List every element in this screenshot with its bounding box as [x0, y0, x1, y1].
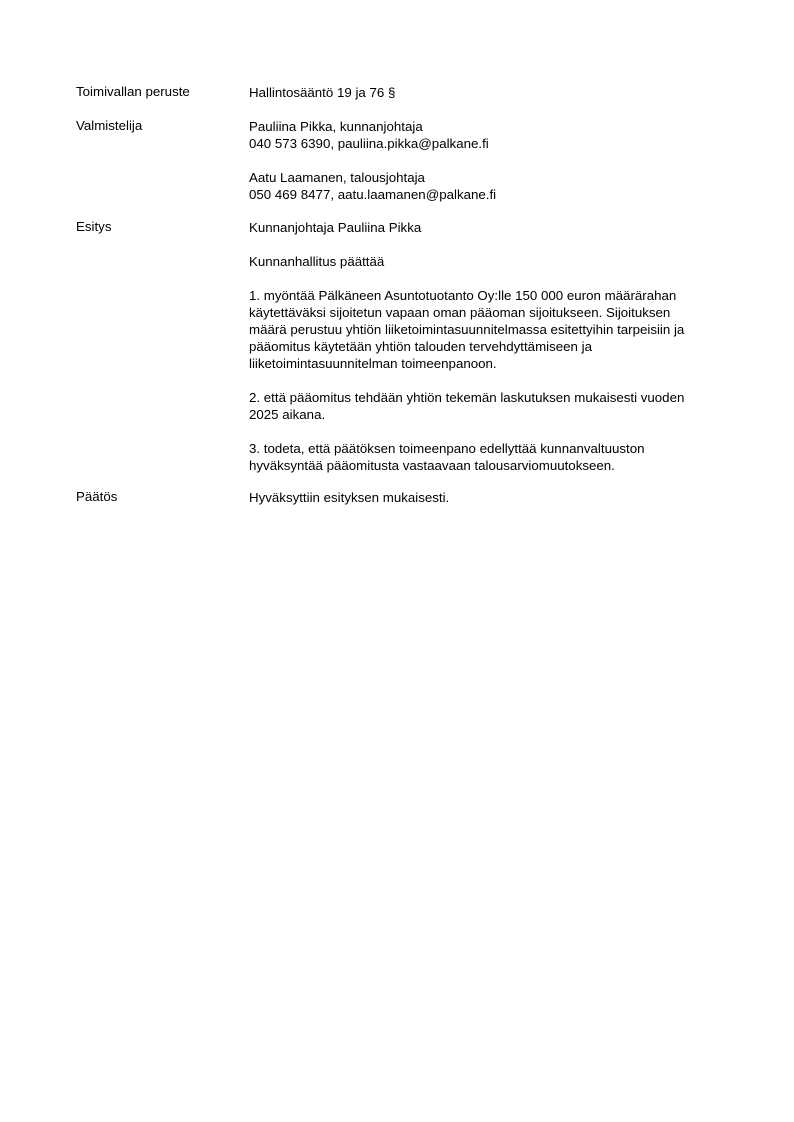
- section-label: Toimivallan peruste: [76, 84, 190, 99]
- text-line: pääomitus käytetään yhtiön talouden terv…: [249, 338, 736, 355]
- text-line: käytettäväksi sijoitetun vapaan oman pää…: [249, 304, 736, 321]
- proposal-item-1: 1. myöntää Pälkäneen Asuntotuotanto Oy:l…: [249, 287, 736, 372]
- presenter: Kunnanjohtaja Pauliina Pikka: [249, 219, 736, 236]
- section-label: Päätös: [76, 489, 117, 504]
- text-line: määrä perustuu yhtiön liiketoimintasuunn…: [249, 321, 736, 338]
- section-label: Esitys: [76, 219, 111, 234]
- preparer-name: Aatu Laamanen, talousjohtaja: [249, 169, 736, 186]
- proposal-item-3: 3. todeta, että päätöksen toimeenpano ed…: [249, 440, 736, 474]
- authority-text: Hallintosääntö 19 ja 76 §: [249, 84, 736, 101]
- preparer-contact: 050 469 8477, aatu.laamanen@palkane.fi: [249, 186, 736, 203]
- text-line: 3. todeta, että päätöksen toimeenpano ed…: [249, 440, 736, 457]
- text-line: 2. että pääomitus tehdään yhtiön tekemän…: [249, 389, 736, 406]
- preparer-contact: 040 573 6390, pauliina.pikka@palkane.fi: [249, 135, 736, 152]
- text-line: liiketoimintasuunnitelman toimeenpanoon.: [249, 355, 736, 372]
- text-line: 1. myöntää Pälkäneen Asuntotuotanto Oy:l…: [249, 287, 736, 304]
- text-line: 2025 aikana.: [249, 406, 736, 423]
- proposal-intro: Kunnanhallitus päättää: [249, 253, 736, 270]
- section-label: Valmistelija: [76, 118, 142, 133]
- proposal-item-2: 2. että pääomitus tehdään yhtiön tekemän…: [249, 389, 736, 423]
- preparer-name: Pauliina Pikka, kunnanjohtaja: [249, 118, 736, 135]
- text-line: hyväksyntää pääomitusta vastaavaan talou…: [249, 457, 736, 474]
- decision-text: Hyväksyttiin esityksen mukaisesti.: [249, 489, 736, 506]
